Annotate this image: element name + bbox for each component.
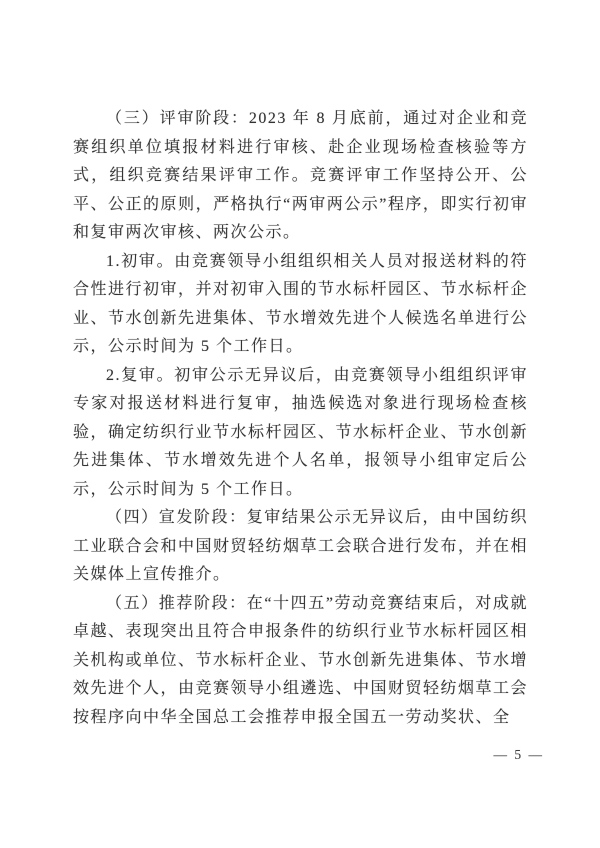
paragraph-recommendation-stage: （五）推荐阶段：在“十四五”劳动竞赛结束后，对成就卓越、表现突出且符合申报条件的… [73,590,528,733]
page-number: — 5 — [494,747,545,763]
document-page: （三）评审阶段：2023 年 8 月底前，通过对企业和竞赛组织单位填报材料进行审… [0,0,600,848]
paragraph-review-stage: （三）评审阶段：2023 年 8 月底前，通过对企业和竞赛组织单位填报材料进行审… [73,105,528,248]
document-body: （三）评审阶段：2023 年 8 月底前，通过对企业和竞赛组织单位填报材料进行审… [73,105,528,732]
paragraph-first-review: 1.初审。由竞赛领导小组组织相关人员对报送材料的符合性进行初审，并对初审入围的节… [73,248,528,362]
paragraph-second-review: 2.复审。初审公示无异议后，由竞赛领导小组组织评审专家对报送材料进行复审，抽选候… [73,362,528,505]
paragraph-publicity-stage: （四）宣发阶段：复审结果公示无异议后，由中国纺织工业联合会和中国财贸轻纺烟草工会… [73,504,528,590]
